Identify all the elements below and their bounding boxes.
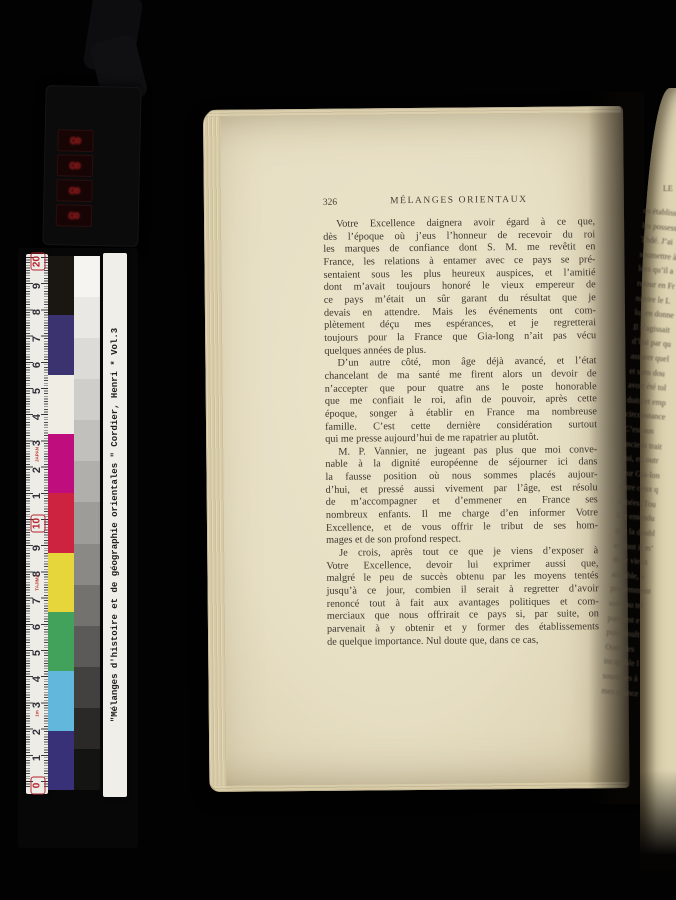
ruler-number: 5	[31, 380, 43, 402]
led-digit: 8	[65, 186, 83, 195]
color-patch	[48, 671, 74, 730]
color-patch	[48, 731, 74, 790]
ruler-number: 1	[31, 485, 43, 507]
grayscale-column	[74, 256, 100, 790]
color-patch	[48, 493, 74, 552]
page-edge-stack-top	[207, 106, 621, 117]
book-scan-photo: 8888 20987654321109876543210JAPANTAJIMA1…	[0, 0, 676, 900]
digital-counter-device: 8888	[42, 85, 141, 247]
gray-step	[74, 667, 100, 708]
paragraph: Votre Excellence daignera avoir égard à …	[323, 216, 596, 358]
ruler-number: 1	[31, 747, 43, 769]
gray-step	[74, 256, 100, 297]
led-digit-cell: 8	[56, 179, 92, 202]
paragraph: Je crois, après tout ce que je viens d’e…	[326, 545, 599, 649]
text-block: Votre Excellence daignera avoir égard à …	[323, 216, 599, 649]
gray-step	[74, 461, 100, 502]
paragraph: M. P. Vannier, ne jugeant pas plus que m…	[325, 444, 598, 548]
book-page-verso: 326 MÉLANGES ORIENTAUX Votre Excellence …	[203, 106, 630, 792]
led-display: 8888	[56, 129, 96, 230]
ruler-brand-text: 1m	[35, 705, 40, 723]
ruler-number: 10	[31, 515, 46, 533]
led-digit: 8	[66, 161, 84, 170]
gray-step	[74, 749, 100, 790]
gray-step	[74, 502, 100, 543]
ruler-number: 9	[31, 537, 43, 559]
gray-step	[74, 379, 100, 420]
gray-step	[74, 338, 100, 379]
color-patch	[48, 375, 74, 434]
page-edge-stack-left	[203, 112, 227, 790]
page-header: 326 MÉLANGES ORIENTAUX	[323, 194, 595, 211]
led-digit: 8	[65, 211, 83, 220]
text-line: toujours pour la France que Gia-long n’a…	[324, 330, 596, 345]
gray-step	[74, 585, 100, 626]
ruler-number: 6	[31, 616, 43, 638]
ruler-strip: 20987654321109876543210JAPANTAJIMA1m	[26, 254, 48, 794]
color-patch	[48, 315, 74, 374]
led-digit-cell: 8	[57, 129, 93, 152]
ruler-number: 4	[31, 668, 43, 690]
color-patch	[48, 256, 74, 315]
ruler-number: 6	[31, 354, 43, 376]
gray-step	[74, 297, 100, 338]
ruler-number: 5	[31, 642, 43, 664]
label-strip: "Mélanges d'histoire et de géographie or…	[103, 253, 127, 797]
paragraph: D’un autre côté, mon âge déjà avancé, et…	[324, 355, 597, 446]
text-line: de quelque importance. Nul doute que, da…	[327, 634, 599, 649]
color-patch	[48, 434, 74, 493]
color-patch	[48, 553, 74, 612]
ruler-number: 8	[31, 301, 43, 323]
color-column	[48, 256, 74, 790]
page-number: 326	[323, 198, 337, 208]
recto-header-fragment: LE	[663, 184, 673, 193]
text-line: parvenait à y obtenir et y former des ét…	[327, 621, 599, 636]
label-strip-text: "Mélanges d'histoire et de géographie or…	[110, 328, 120, 722]
gray-step	[74, 626, 100, 667]
led-digit: 8	[66, 136, 84, 145]
page-edge-stack-bottom	[213, 782, 627, 792]
ruler-number: 9	[31, 275, 43, 297]
ruler-number: 4	[31, 406, 43, 428]
led-digit-cell: 8	[57, 154, 93, 177]
color-patch	[48, 612, 74, 671]
ruler-brand-text: JAPAN	[35, 445, 40, 463]
gray-step	[74, 544, 100, 585]
gray-step	[74, 420, 100, 461]
book-page-recto-edge: LE os établisseles possessioThdé. J’aiso…	[640, 88, 676, 868]
ruler-brand-text: TAJIMA	[35, 574, 40, 592]
running-title: MÉLANGES ORIENTAUX	[323, 194, 595, 207]
ruler-number: 2	[31, 721, 43, 743]
ruler-number: 0	[31, 777, 46, 795]
gray-step	[74, 708, 100, 749]
ruler-number: 7	[31, 328, 43, 350]
ruler-number: 7	[31, 590, 43, 612]
ruler-number: 20	[31, 253, 46, 271]
led-digit-cell: 8	[56, 204, 92, 227]
